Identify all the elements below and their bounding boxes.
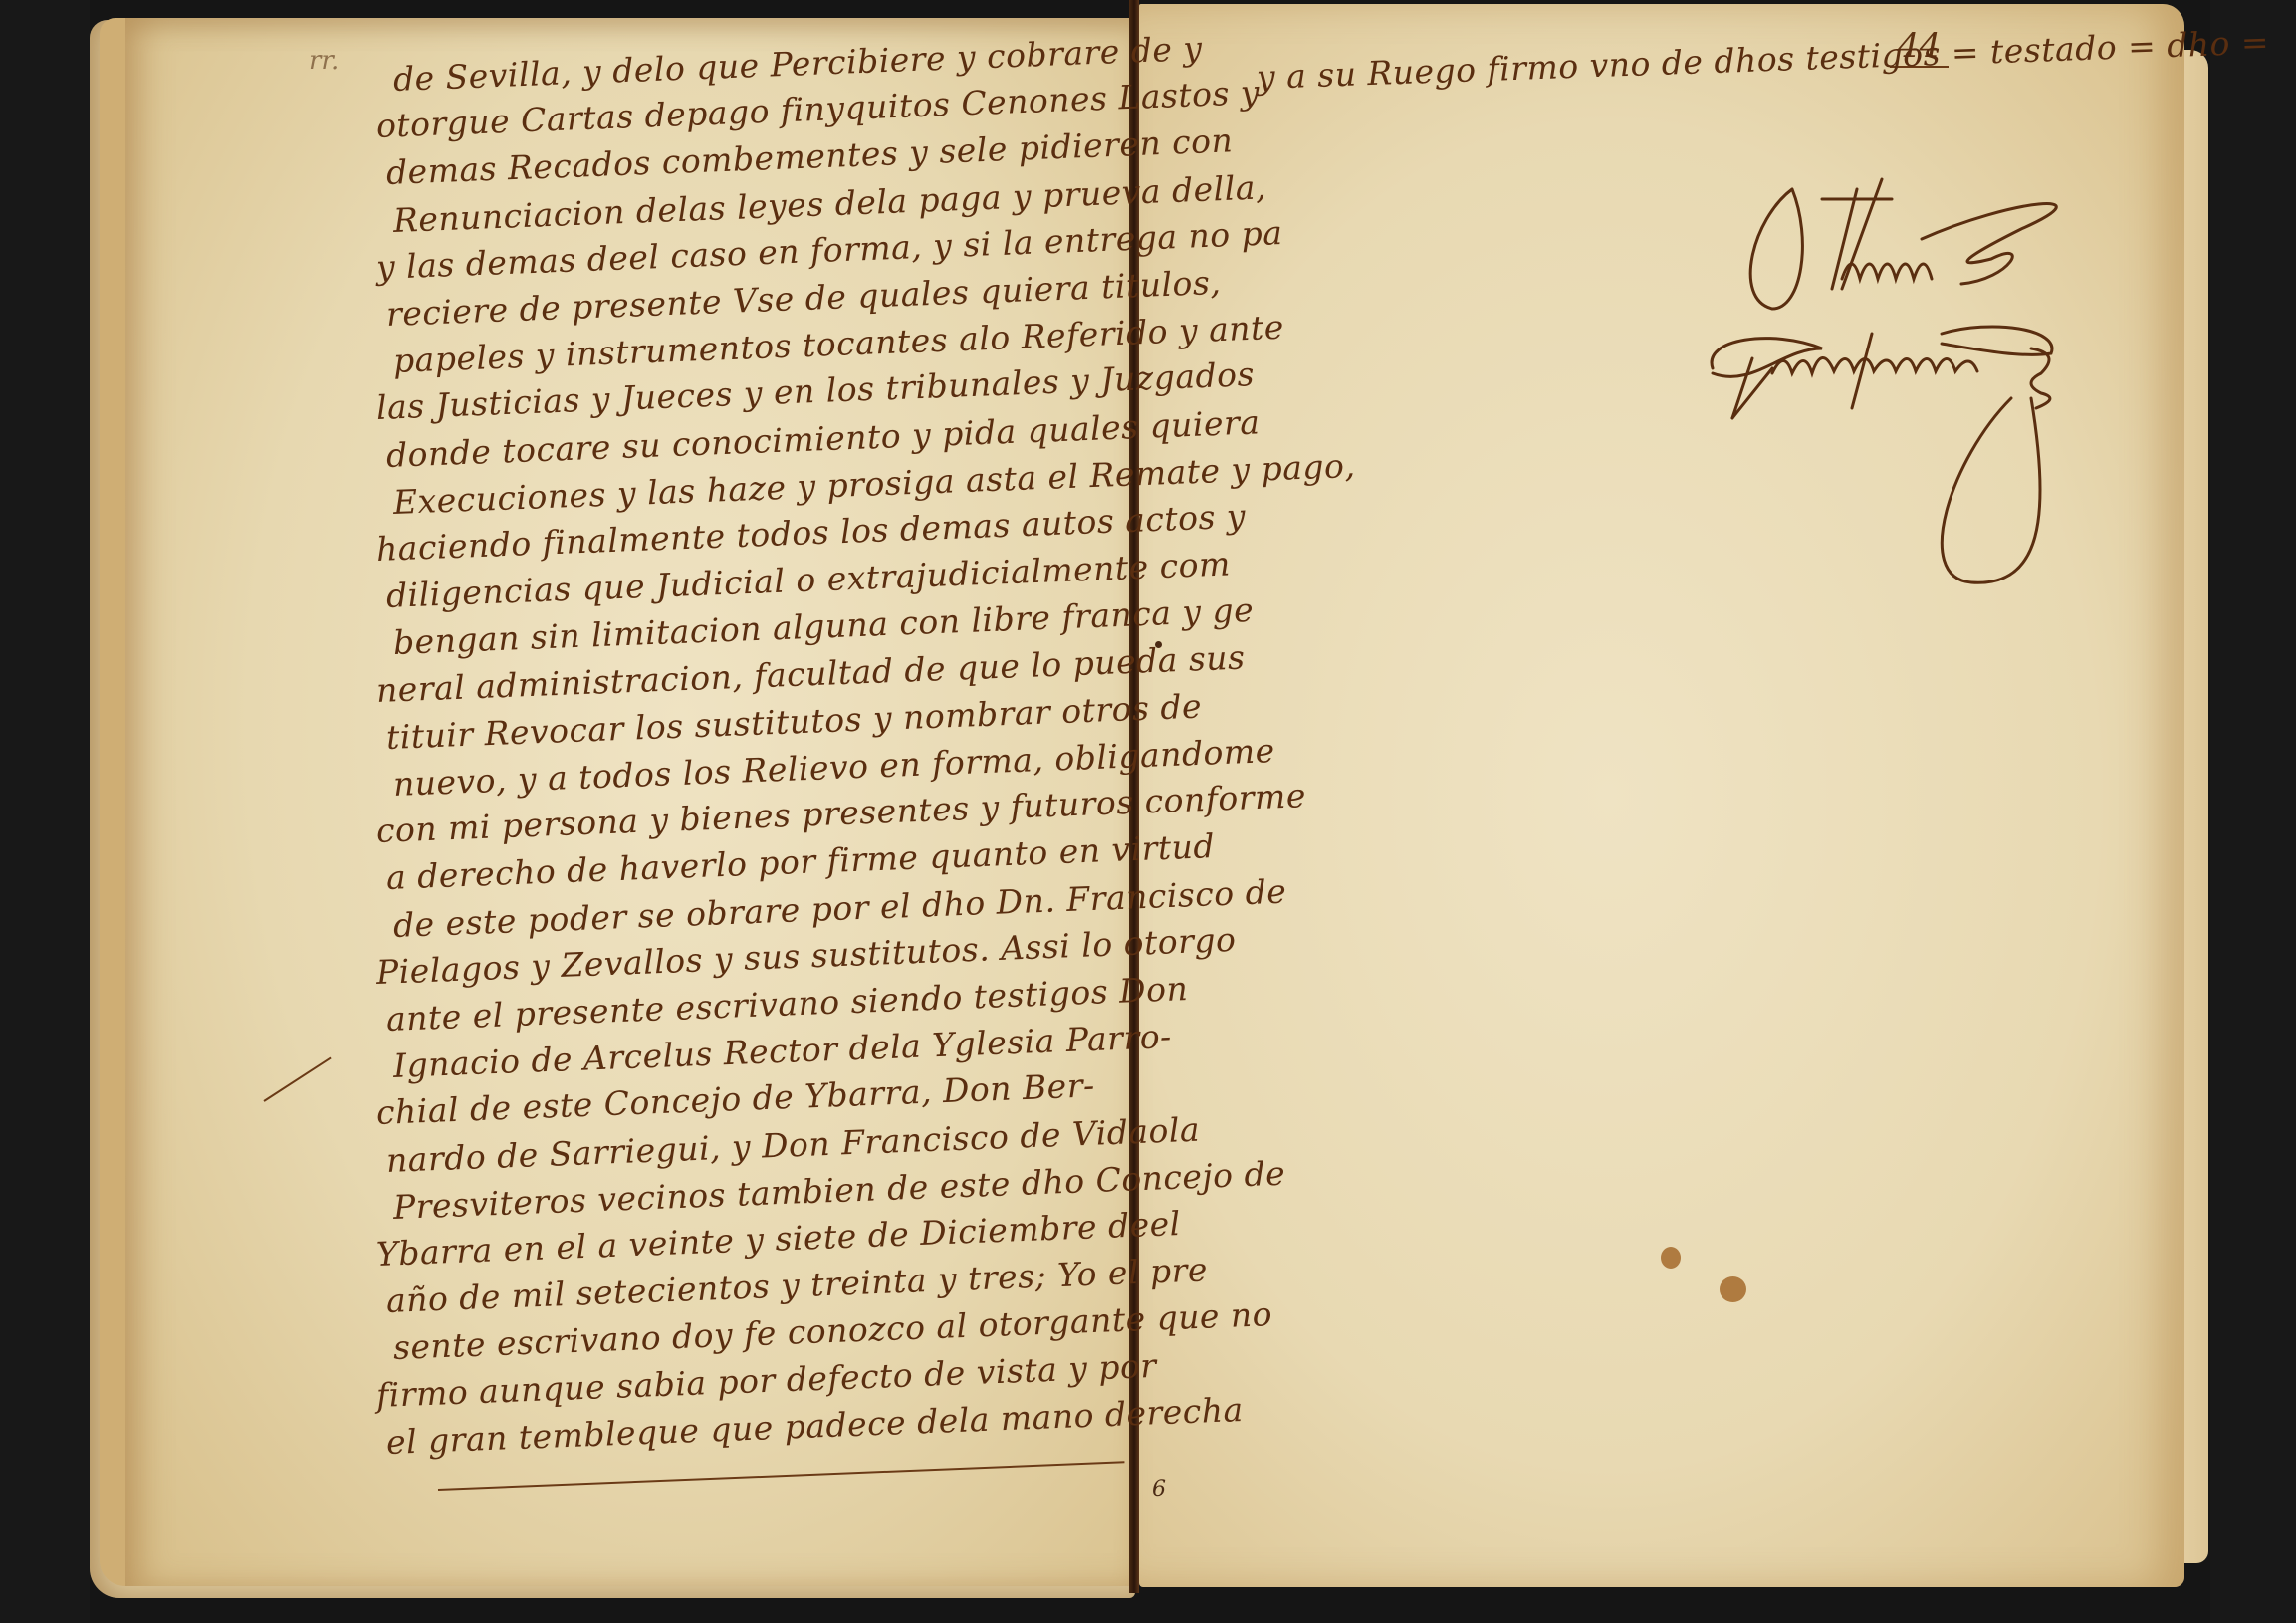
signature-rubric	[1693, 159, 2111, 597]
left-margin-mark: rr.	[309, 46, 339, 76]
ink-dot	[1155, 641, 1162, 648]
ink-stain	[1661, 1247, 1681, 1269]
scan-backdrop-left	[0, 0, 90, 1623]
scan-backdrop-right	[2210, 0, 2296, 1623]
signature-flourish-icon	[1693, 159, 2111, 597]
bottom-mark: 6	[1152, 1477, 1166, 1502]
ink-stain	[1720, 1276, 1746, 1302]
